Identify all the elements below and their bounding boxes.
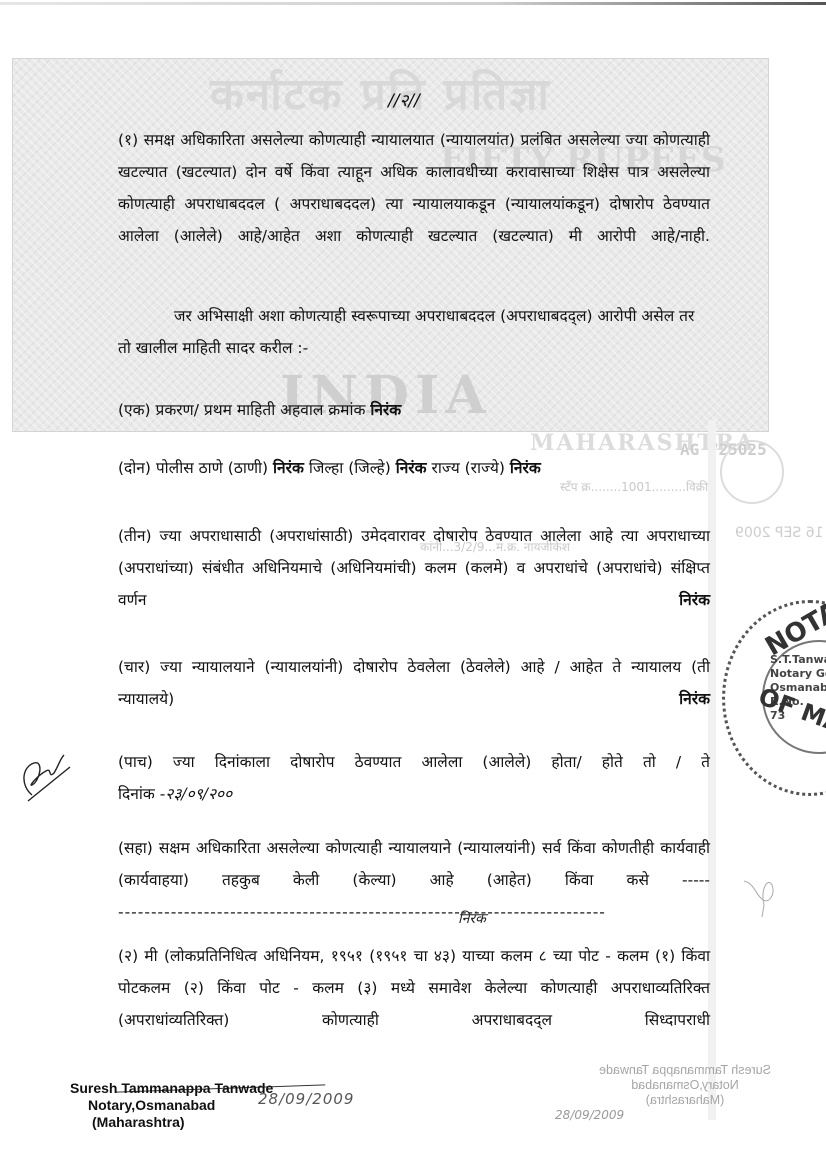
item-label: (दोन) पोलीस ठाणे (ठाणी)	[118, 459, 268, 477]
item-proceedings: (सहा) सक्षम अधिकारिता असलेल्या कोणत्याही…	[118, 832, 710, 896]
signature-right-faint	[740, 875, 780, 920]
mirror-line-1: Suresh Tammanappa Tanwade	[585, 1063, 785, 1078]
emblem-icon	[720, 440, 784, 504]
item-offence: (तीन) ज्या अपराधासाठी (अपराधांसाठी) उमेद…	[118, 520, 710, 616]
notary-title: Notary,Osmanabad	[70, 1097, 273, 1114]
notary-date: 28/09/2009	[258, 1090, 354, 1108]
date-label: दिनांक -	[118, 785, 165, 803]
scan-edge	[0, 2, 826, 5]
item-label-district: जिल्हा (जिल्हे)	[309, 459, 391, 477]
notary-name: Suresh Tammanappa Tanwade	[70, 1080, 273, 1097]
mirrored-date: 28/09/2009	[555, 1108, 624, 1122]
item-value: निरंक	[679, 591, 710, 609]
stamp-date: 16 SEP 2009	[735, 525, 824, 541]
notary-block: Suresh Tammanappa Tanwade Notary,Osmanab…	[70, 1080, 273, 1131]
date-value: २३/०९/२००	[165, 785, 232, 803]
item-label: (सहा) सक्षम अधिकारिता असलेल्या कोणत्याही…	[118, 839, 710, 889]
item-label: (तीन) ज्या अपराधासाठी (अपराधांसाठी) उमेद…	[118, 527, 710, 609]
item-charge-date-value: दिनांक -२३/०९/२००	[118, 778, 710, 810]
notary-state: (Maharashtra)	[70, 1114, 273, 1131]
item-label: (एक) प्रकरण/ प्रथम माहिती अहवाल क्रमांक	[118, 401, 365, 419]
item-case-number: (एक) प्रकरण/ प्रथम माहिती अहवाल क्रमांक …	[118, 394, 710, 426]
watermark-top: कर्नाटक प्रति प्रतिज्ञा	[210, 62, 551, 122]
para-2: (२) मी (लोकप्रतिनिधित्व अधिनियम, १९५१ (१…	[118, 940, 710, 1036]
item-value: निरंक	[273, 459, 304, 477]
page-marker: //२//	[388, 88, 420, 111]
mirror-line-2: Notary,Osmanabad	[585, 1078, 785, 1093]
item-label-state: राज्य (राज्ये)	[432, 459, 505, 477]
signature-left-margin	[18, 745, 76, 805]
item-charge-date: (पाच) ज्या दिनांकाला दोषारोप ठेवण्यात आल…	[118, 746, 710, 778]
item-value: निरंक	[370, 401, 401, 419]
para-1-cont-text: जर अभिसाक्षी अशा कोणत्याही स्वरूपाच्या अ…	[118, 307, 694, 357]
item-value-district: निरंक	[396, 459, 427, 477]
mirror-line-3: (Maharashtra)	[585, 1093, 785, 1108]
para-1: (१) समक्ष अधिकारिता असलेल्या कोणत्याही न…	[118, 124, 710, 252]
handwritten-nil: निरंक	[458, 909, 486, 928]
mirrored-notary-imprint: Suresh Tammanappa Tanwade Notary,Osmanab…	[585, 1063, 785, 1108]
item-value-state: निरंक	[510, 459, 541, 477]
para-1-continuation: जर अभिसाक्षी अशा कोणत्याही स्वरूपाच्या अ…	[118, 300, 710, 364]
dash-line: ----------------------------------------…	[118, 896, 710, 928]
item-label: (पाच) ज्या दिनांकाला दोषारोप ठेवण्यात आल…	[118, 753, 710, 771]
faint-stamp-text: स्टँप क्र........1001.........विक्री	[560, 478, 708, 495]
item-label: (चार) ज्या न्यायालयाने (न्यायालयांनी) दो…	[118, 658, 710, 708]
item-court: (चार) ज्या न्यायालयाने (न्यायालयांनी) दो…	[118, 651, 710, 715]
item-value: निरंक	[679, 690, 710, 708]
